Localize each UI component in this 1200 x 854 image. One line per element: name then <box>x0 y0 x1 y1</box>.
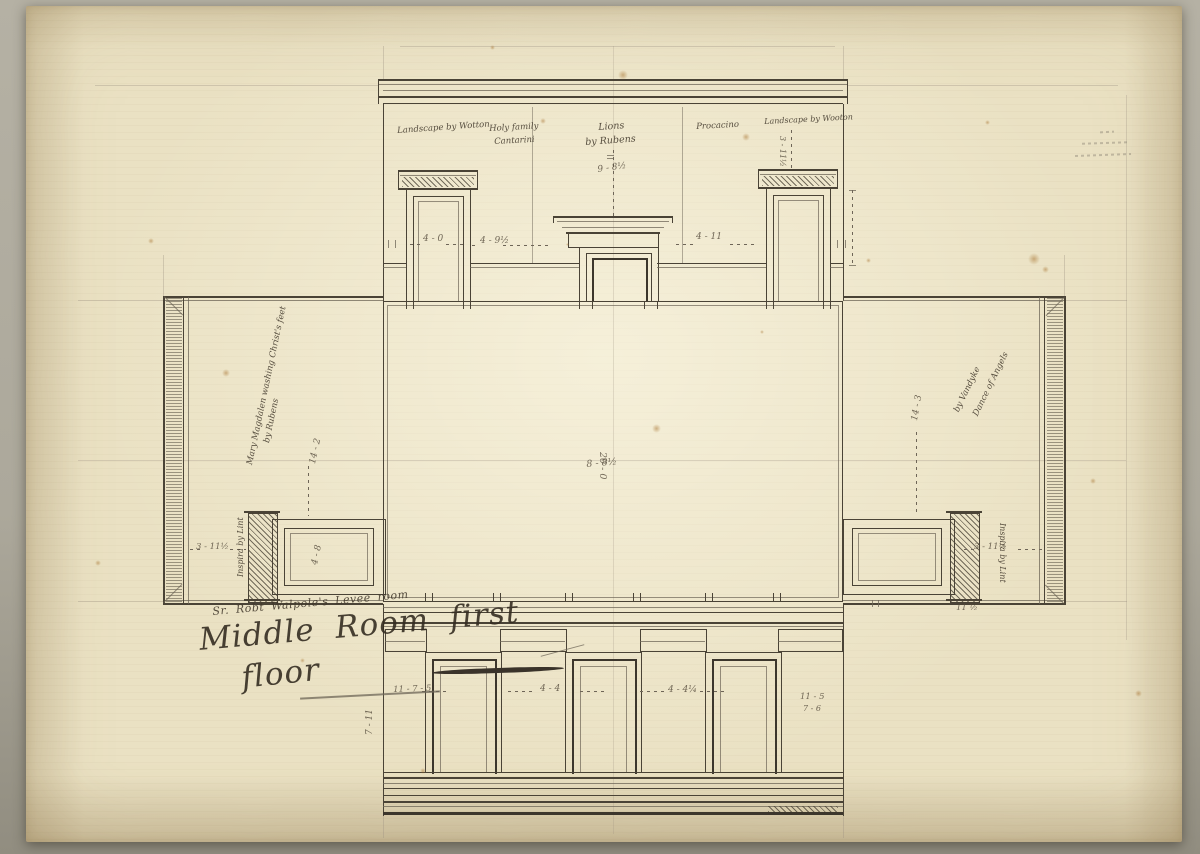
cornice-section-line <box>188 297 189 604</box>
dim-window-wall-4: 11 - 5 <box>800 693 825 702</box>
sill-line <box>383 783 843 784</box>
window-inner <box>580 666 627 773</box>
pencil-line <box>1065 300 1127 301</box>
plan-jamb <box>413 301 414 309</box>
plan-jamb <box>705 593 706 601</box>
cornice-line <box>378 84 848 85</box>
foxing-spot <box>540 118 546 124</box>
centre-door-cornice-end <box>553 216 554 223</box>
label-cantarini: Cantarini <box>494 136 535 147</box>
foxing-spot <box>618 70 628 80</box>
wall-edge <box>843 604 844 816</box>
pencil-line <box>78 300 163 301</box>
foxing-spot <box>222 369 230 377</box>
dim-tick <box>837 240 838 248</box>
pencil-line <box>1064 255 1065 296</box>
chair-rail <box>657 267 766 268</box>
pencil-line <box>1126 95 1127 640</box>
left-door-entablature-end <box>398 170 399 189</box>
cornice-line <box>378 79 848 81</box>
dim-left-chimney-width: 3 - 11½ <box>196 543 229 552</box>
label-procacino: Procacino <box>696 121 739 132</box>
pencil-line <box>383 816 384 838</box>
foxing-spot <box>148 238 154 244</box>
dim-tick <box>849 190 856 191</box>
cornice-end <box>847 79 848 104</box>
base-cornice-line <box>383 795 843 796</box>
sill-line <box>383 777 843 779</box>
foxing-spot <box>760 330 764 334</box>
wing-edge <box>163 296 383 298</box>
left-door-frieze <box>402 177 474 187</box>
dim-window-wall-3: 4 - 4¼ <box>668 686 697 695</box>
right-door-entablature <box>758 169 838 171</box>
dim-window-wall-height: 7 - 11 <box>366 709 375 735</box>
plan-jamb <box>712 593 713 601</box>
centre-dotted-axis <box>613 150 614 216</box>
dim-leader <box>916 432 917 516</box>
foxing-spot <box>866 258 871 263</box>
foxing-spot <box>95 560 101 566</box>
cornice-section-line <box>183 297 184 604</box>
foxing-spot <box>1135 690 1142 697</box>
foxing-spot <box>1090 478 1096 484</box>
dim-overdoor-height: 3 - 11½ <box>778 136 786 167</box>
foxing-spot <box>490 45 495 50</box>
bay-joint <box>682 107 683 263</box>
centre-door-cornice <box>562 227 664 228</box>
cornice-line <box>383 90 843 91</box>
wing-edge <box>843 603 1065 605</box>
sill-line <box>383 772 843 773</box>
right-door-entablature-end <box>837 169 838 188</box>
right-chimneypiece-cap <box>946 599 982 601</box>
plan-jamb <box>633 593 634 601</box>
wing-edge <box>163 300 383 301</box>
sill-line <box>383 788 843 789</box>
plan-jamb <box>425 593 426 601</box>
left-chimney-inner <box>290 533 368 581</box>
pencil-line <box>400 46 835 47</box>
cornice-section-line <box>1039 297 1040 604</box>
dim-tick <box>845 240 846 248</box>
plan-jamb <box>823 301 824 309</box>
cornice-section-band <box>166 298 182 603</box>
cornice-section-line <box>1044 297 1045 604</box>
base-cornice-line <box>383 812 843 815</box>
window-inner <box>720 666 767 773</box>
foxing-spot <box>1042 266 1049 273</box>
dim-tick <box>849 265 856 266</box>
dim-leader <box>508 691 534 692</box>
pencil-line <box>848 85 1118 86</box>
left-chimneypiece-profile <box>248 513 278 603</box>
left-door-entablature <box>400 175 476 176</box>
chair-rail <box>830 267 843 268</box>
dim-leader <box>730 244 758 245</box>
foxing-spot <box>742 133 750 141</box>
dim-leader <box>503 245 548 246</box>
chair-rail <box>383 267 406 268</box>
plan-jamb <box>565 593 566 601</box>
cornice-end <box>378 79 379 104</box>
right-chimneypiece-cap <box>946 511 982 513</box>
foxing-spot <box>566 243 569 246</box>
dim-leader <box>700 691 726 692</box>
pencil-line <box>383 46 384 80</box>
chair-rail <box>470 263 579 264</box>
dim-left-door-width: 4 - 0 <box>423 235 443 244</box>
wing-outer-edge <box>163 296 165 605</box>
foxing-spot <box>300 658 305 663</box>
chair-rail <box>830 263 843 264</box>
foxing-spot <box>420 768 426 774</box>
plan-jamb <box>579 301 580 309</box>
scanned-drawing-sheet: Landscape by Wotton Holy family Cantarin… <box>0 0 1200 854</box>
centre-door-frieze-side <box>658 232 659 247</box>
centre-door-cornice <box>553 216 673 218</box>
dim-leader <box>580 691 606 692</box>
wall-edge <box>383 104 384 301</box>
right-door-entablature-end <box>758 169 759 188</box>
dim-window-wall-5: 7 - 6 <box>803 705 821 713</box>
chair-rail <box>383 263 406 264</box>
chair-rail <box>470 267 579 268</box>
plan-jamb <box>463 301 464 309</box>
window-inner <box>440 666 487 773</box>
dim-tick <box>878 600 879 607</box>
pier-cap-step <box>500 641 565 642</box>
plan-jamb <box>572 593 573 601</box>
dim-tick <box>388 240 389 248</box>
foxing-spot <box>985 120 990 125</box>
pencil-line <box>163 255 164 296</box>
plan-jamb <box>406 301 407 309</box>
plan-jamb <box>780 593 781 601</box>
right-chimney-inner <box>858 533 936 581</box>
left-door-entablature-end <box>477 170 478 189</box>
dim-leader <box>446 244 465 245</box>
plan-jamb <box>432 593 433 601</box>
plan-outline-inner <box>387 305 839 598</box>
plan-jamb <box>470 301 471 309</box>
dim-leader <box>308 466 309 516</box>
chair-rail <box>657 263 766 264</box>
right-door-entablature <box>760 174 836 175</box>
pier-cap-step <box>778 641 841 642</box>
centre-door-opening <box>592 258 648 302</box>
pencil-line <box>95 85 378 86</box>
base-cornice-line <box>383 801 843 803</box>
note-right-chimney: Inspira by Lint <box>998 523 1006 583</box>
label-lions: Lions <box>598 121 625 132</box>
dim-leader <box>640 691 664 692</box>
wing-outer-edge <box>1064 296 1066 605</box>
right-door-panel <box>778 200 819 301</box>
plan-jamb <box>657 301 658 309</box>
base-cornice-hatch <box>768 806 838 812</box>
dim-tick <box>872 600 873 607</box>
wing-edge <box>843 300 1065 301</box>
equals-mark <box>607 155 614 156</box>
plan-jamb <box>640 593 641 601</box>
overdoor-dotted-leader <box>791 130 792 168</box>
title-line-2: floor <box>240 655 321 694</box>
centre-door-cornice <box>566 232 660 234</box>
plan-jamb <box>773 593 774 601</box>
dim-plan-edge-right: 11 ½ <box>956 604 978 613</box>
cornice-line <box>378 96 848 98</box>
plan-jamb <box>766 301 767 309</box>
plan-jamb <box>773 301 774 309</box>
note-left-chimney: Inspira by Lint <box>237 517 245 577</box>
wall-edge <box>843 104 844 301</box>
left-door-panel <box>418 201 459 301</box>
left-door-entablature <box>398 170 478 172</box>
right-chimneypiece-profile <box>950 513 980 603</box>
dim-left-bay: 4 - 9½ <box>480 237 509 246</box>
centre-door-cornice-end <box>672 216 673 223</box>
centre-door-cornice <box>557 221 669 222</box>
foxing-spot <box>1028 253 1040 265</box>
cornice-section-band <box>1047 298 1063 603</box>
dim-leader <box>472 245 478 246</box>
equals-mark <box>607 158 614 159</box>
pencil-line <box>78 601 163 602</box>
plan-jamb <box>644 301 645 309</box>
foxing-spot <box>652 424 661 433</box>
dim-window-wall-2: 4 - 4 <box>540 685 560 694</box>
plan-jamb <box>592 301 593 309</box>
right-door-frieze <box>762 176 834 186</box>
left-chimneypiece-cap <box>244 511 280 513</box>
dim-leader <box>410 244 420 245</box>
dim-tick <box>395 240 396 248</box>
wing-edge <box>843 296 1065 298</box>
pencil-line <box>843 46 844 80</box>
dim-plan-centre-depth: 20 - 0 <box>598 452 608 479</box>
pencil-line <box>1065 601 1127 602</box>
plan-jamb <box>830 301 831 309</box>
dim-right-bay: 4 - 11 <box>696 233 722 242</box>
dim-leader <box>676 244 694 245</box>
height-dotted-leader <box>852 190 853 266</box>
pier-cap-step <box>640 641 705 642</box>
pencil-line <box>843 816 844 838</box>
cornice-line <box>383 103 843 104</box>
dim-leader <box>1018 549 1042 550</box>
